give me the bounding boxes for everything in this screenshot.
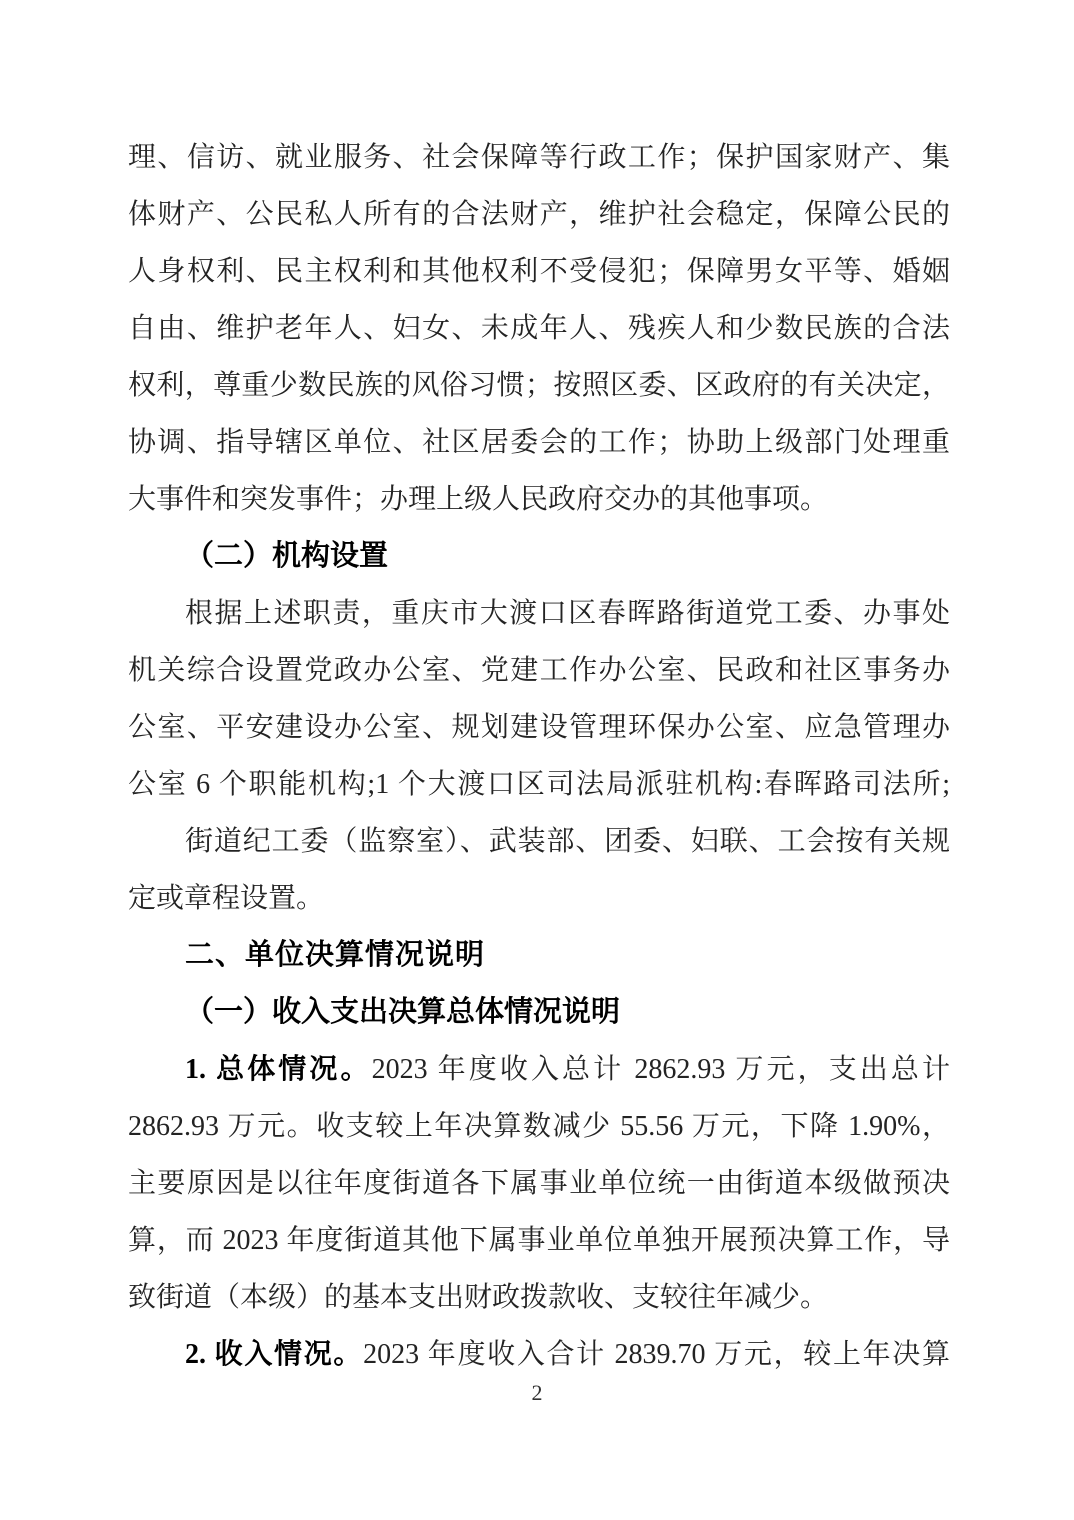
para-duties-line-2: 体财产、公民私人所有的合法财产，维护社会稳定，保障公民的 [128,186,950,243]
para-overall-line-3: 主要原因是以往年度街道各下属事业单位统一由街道本级做预决 [128,1155,950,1212]
para-duties-line-1: 理、信访、就业服务、社会保障等行政工作；保护国家财产、集 [128,129,950,186]
text-run: 致街道（本级）的基本支出财政拨款收、支较往年减少。 [128,1282,828,1313]
para-income-line-1: 2. 收入情况。2023 年度收入合计 2839.70 万元，较上年决算 [128,1326,950,1383]
para-org-line-2: 机关综合设置党政办公室、党建工作办公室、民政和社区事务办 [128,642,950,699]
text-run: 定或章程设置。 [128,883,324,914]
text-run: （一）收入支出决算总体情况说明 [185,996,620,1028]
text-run: 2023 年度收入总计 2862.93 万元，支出总计 [372,1054,950,1085]
heading-section-2: 二、单位决算情况说明 [128,927,950,984]
text-run: 二、单位决算情况说明 [185,939,485,971]
text-run: 人身权利、民主权利和其他权利不受侵犯；保障男女平等、婚姻 [128,256,950,287]
heading-org-setup: （二）机构设置 [128,528,950,585]
text-run: 街道纪工委（监察室）、武装部、团委、妇联、工会按有关规 [185,826,950,857]
para-org-line-4: 公室 6 个职能机构;1 个大渡口区司法局派驻机构:春晖路司法所; [128,756,950,813]
para-org-line-5: 街道纪工委（监察室）、武装部、团委、妇联、工会按有关规 [128,813,950,870]
para-duties-line-6: 协调、指导辖区单位、社区居委会的工作；协助上级部门处理重 [128,414,950,471]
para-overall-line-2: 2862.93 万元。收支较上年决算数减少 55.56 万元，下降 1.90%， [128,1098,950,1155]
text-run: 2862.93 万元。收支较上年决算数减少 55.56 万元，下降 1.90%， [128,1111,950,1142]
para-duties-line-4: 自由、维护老年人、妇女、未成年人、残疾人和少数民族的合法 [128,300,950,357]
text-run: 2023 年度收入合计 2839.70 万元，较上年决算 [363,1339,950,1370]
page-number: 2 [532,1380,543,1405]
text-run: 机关综合设置党政办公室、党建工作办公室、民政和社区事务办 [128,655,950,686]
document-page: 理、信访、就业服务、社会保障等行政工作；保护国家财产、集体财产、公民私人所有的合… [0,0,1074,1520]
document-body: 理、信访、就业服务、社会保障等行政工作；保护国家财产、集体财产、公民私人所有的合… [128,129,950,1383]
text-run: 大事件和突发事件；办理上级人民政府交办的其他事项。 [128,484,828,515]
text-run: 算，而 2023 年度街道其他下属事业单位单独开展预决算工作，导 [128,1225,950,1256]
para-org-line-1: 根据上述职责，重庆市大渡口区春晖路街道党工委、办事处 [128,585,950,642]
text-run: 主要原因是以往年度街道各下属事业单位统一由街道本级做预决 [128,1168,950,1199]
text-run: （二）机构设置 [185,540,388,572]
para-org-line-6: 定或章程设置。 [128,870,950,927]
para-org-line-3: 公室、平安建设办公室、规划建设管理环保办公室、应急管理办 [128,699,950,756]
para-overall-line-1: 1. 总体情况。2023 年度收入总计 2862.93 万元，支出总计 [128,1041,950,1098]
text-run: 自由、维护老年人、妇女、未成年人、残疾人和少数民族的合法 [128,313,950,344]
bold-run: 2. 收入情况。 [185,1339,363,1370]
text-run: 体财产、公民私人所有的合法财产，维护社会稳定，保障公民的 [128,199,950,230]
para-duties-line-5: 权利，尊重少数民族的风俗习惯；按照区委、区政府的有关决定， [128,357,950,414]
text-run: 权利，尊重少数民族的风俗习惯；按照区委、区政府的有关决定， [128,370,950,401]
para-duties-line-7: 大事件和突发事件；办理上级人民政府交办的其他事项。 [128,471,950,528]
page-footer: 2 [0,1380,1074,1406]
para-overall-line-5: 致街道（本级）的基本支出财政拨款收、支较往年减少。 [128,1269,950,1326]
para-overall-line-4: 算，而 2023 年度街道其他下属事业单位单独开展预决算工作，导 [128,1212,950,1269]
text-run: 公室、平安建设办公室、规划建设管理环保办公室、应急管理办 [128,712,950,743]
text-run: 公室 6 个职能机构;1 个大渡口区司法局派驻机构:春晖路司法所; [128,769,950,800]
text-run: 理、信访、就业服务、社会保障等行政工作；保护国家财产、集 [128,142,950,173]
text-run: 根据上述职责，重庆市大渡口区春晖路街道党工委、办事处 [185,598,950,629]
text-run: 协调、指导辖区单位、社区居委会的工作；协助上级部门处理重 [128,427,950,458]
heading-section-2-1: （一）收入支出决算总体情况说明 [128,984,950,1041]
bold-run: 1. 总体情况。 [185,1054,372,1085]
para-duties-line-3: 人身权利、民主权利和其他权利不受侵犯；保障男女平等、婚姻 [128,243,950,300]
